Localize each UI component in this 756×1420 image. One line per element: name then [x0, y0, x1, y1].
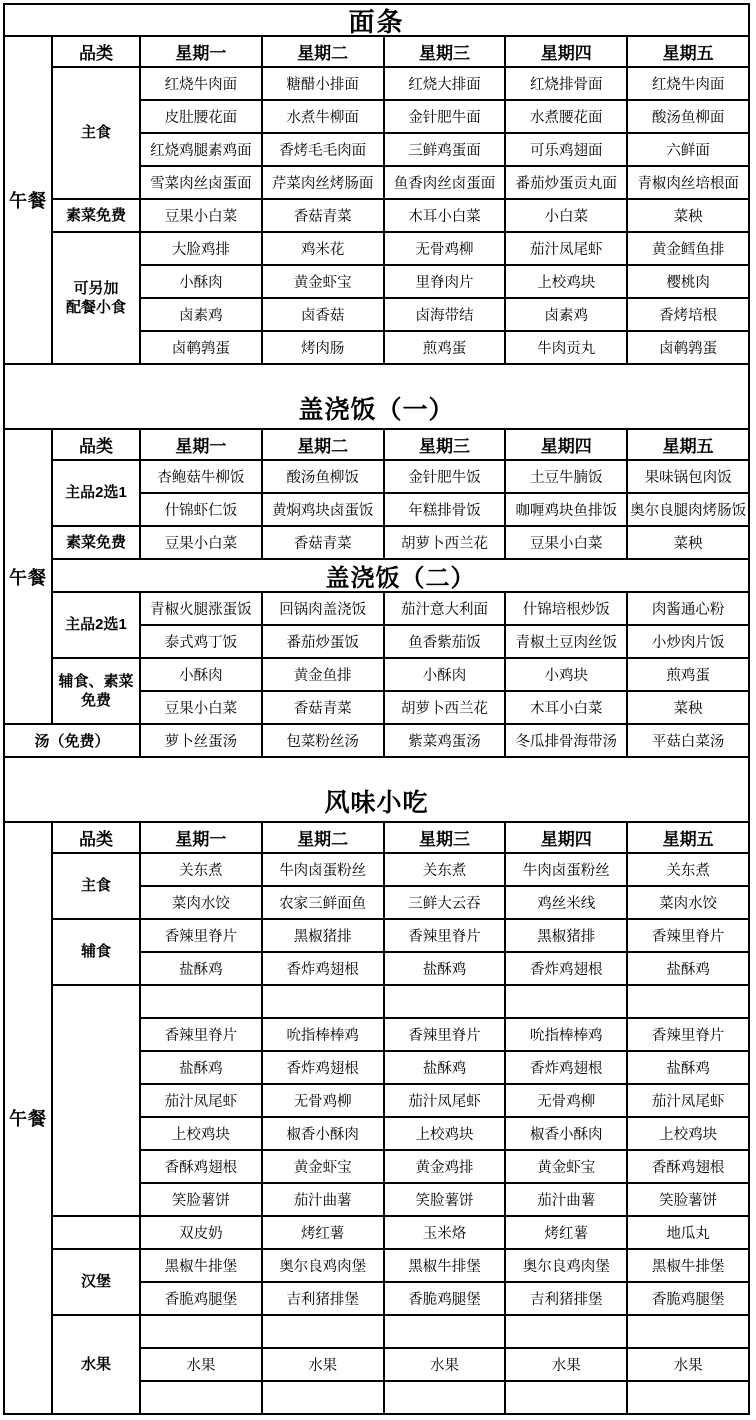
menu-item-cell: 黄金鱼排	[263, 659, 383, 690]
menu-item-cell: 烤肉肠	[263, 332, 383, 363]
menu-item-cell: 红烧牛肉面	[628, 68, 748, 99]
menu-item-cell: 无骨鸡柳	[506, 1085, 626, 1116]
menu-item-cell: 糖醋小排面	[263, 68, 383, 99]
menu-item-cell: 红烧牛肉面	[141, 68, 261, 99]
column-header: 星期四	[506, 430, 626, 459]
menu-item-cell: 吮指棒棒鸡	[263, 1019, 383, 1050]
menu-item-cell: 茄汁曲薯	[263, 1184, 383, 1215]
menu-item-cell	[141, 1382, 261, 1413]
column-header: 品类	[53, 823, 139, 852]
menu-item-cell: 卤素鸡	[141, 299, 261, 330]
column-header: 星期五	[628, 37, 748, 66]
menu-item-cell: 青椒土豆肉丝饭	[506, 626, 626, 657]
menu-item-cell: 回锅肉盖浇饭	[263, 593, 383, 624]
column-header: 星期二	[263, 823, 383, 852]
menu-item-cell: 卤鹌鹑蛋	[141, 332, 261, 363]
menu-item-cell: 红烧鸡腿素鸡面	[141, 134, 261, 165]
menu-item-cell: 水果	[141, 1349, 261, 1380]
menu-item-cell: 鱼香肉丝卤蛋面	[385, 167, 505, 198]
category-label: 主品2选1	[53, 461, 139, 525]
menu-item-cell: 茄汁凤尾虾	[628, 1085, 748, 1116]
menu-item-cell: 牛肉卤蛋粉丝	[506, 854, 626, 885]
menu-item-cell: 盐酥鸡	[141, 953, 261, 984]
menu-item-cell: 牛肉卤蛋粉丝	[263, 854, 383, 885]
category-label: 辅食	[53, 920, 139, 984]
menu-item-cell: 上校鸡块	[628, 1118, 748, 1149]
menu-item-cell: 香辣里脊片	[628, 920, 748, 951]
column-header: 星期二	[263, 37, 383, 66]
menu-item-cell: 豆果小白菜	[141, 527, 261, 558]
menu-item-cell	[628, 986, 748, 1017]
menu-item-cell: 香菇青菜	[263, 527, 383, 558]
menu-item-cell: 香脆鸡腿堡	[141, 1283, 261, 1314]
menu-item-cell: 香菇青菜	[263, 200, 383, 231]
menu-table-snacks: 午餐品类星期一星期二星期三星期四星期五主食关东煮牛肉卤蛋粉丝关东煮牛肉卤蛋粉丝关…	[3, 821, 750, 1415]
column-header: 星期五	[628, 823, 748, 852]
column-header: 星期一	[141, 430, 261, 459]
menu-item-cell: 里脊肉片	[385, 266, 505, 297]
menu-item-cell: 小酥肉	[141, 266, 261, 297]
menu-item-cell: 番茄炒蛋饭	[263, 626, 383, 657]
menu-item-cell: 木耳小白菜	[385, 200, 505, 231]
menu-item-cell: 皮肚腰花面	[141, 101, 261, 132]
menu-item-cell: 吉利猪排堡	[506, 1283, 626, 1314]
menu-item-cell: 香辣里脊片	[628, 1019, 748, 1050]
menu-item-cell: 香脆鸡腿堡	[628, 1283, 748, 1314]
category-label	[53, 1217, 139, 1248]
menu-item-cell: 香辣里脊片	[141, 1019, 261, 1050]
menu-item-cell: 椒香小酥肉	[263, 1118, 383, 1149]
meal-label: 午餐	[5, 430, 51, 723]
menu-item-cell: 黑椒牛排堡	[628, 1250, 748, 1281]
menu-item-cell: 小酥肉	[385, 659, 505, 690]
menu-item-cell: 茄汁意大利面	[385, 593, 505, 624]
menu-item-cell: 红烧排骨面	[506, 68, 626, 99]
menu-item-cell: 香辣里脊片	[385, 920, 505, 951]
menu-item-cell: 茄汁曲薯	[506, 1184, 626, 1215]
menu-item-cell: 果味锅包肉饭	[628, 461, 748, 492]
menu-item-cell: 茄汁凤尾虾	[385, 1085, 505, 1116]
menu-item-cell: 包菜粉丝汤	[263, 725, 383, 756]
menu-item-cell: 土豆牛腩饭	[506, 461, 626, 492]
menu-item-cell	[385, 1316, 505, 1347]
menu-item-cell: 水煮牛柳面	[263, 101, 383, 132]
section-title-noodles: 面条	[3, 3, 750, 37]
table-subtitle: 盖浇饭（二）	[53, 560, 748, 591]
menu-item-cell: 黄金虾宝	[506, 1151, 626, 1182]
menu-item-cell: 香酥鸡翅根	[628, 1151, 748, 1182]
column-header: 星期四	[506, 823, 626, 852]
menu-item-cell	[263, 986, 383, 1017]
menu-item-cell: 紫菜鸡蛋汤	[385, 725, 505, 756]
menu-item-cell: 香烤毛毛肉面	[263, 134, 383, 165]
menu-item-cell: 豆果小白菜	[141, 692, 261, 723]
section-title-snacks: 风味小吃	[3, 756, 750, 823]
menu-item-cell: 关东煮	[628, 854, 748, 885]
menu-item-cell: 金针肥牛饭	[385, 461, 505, 492]
menu-item-cell: 香烤培根	[628, 299, 748, 330]
menu-item-cell: 吉利猪排堡	[263, 1283, 383, 1314]
column-header: 星期三	[385, 430, 505, 459]
menu-item-cell: 茄汁凤尾虾	[141, 1085, 261, 1116]
menu-item-cell: 青椒肉丝培根面	[628, 167, 748, 198]
menu-item-cell: 香炸鸡翅根	[263, 1052, 383, 1083]
menu-item-cell	[385, 986, 505, 1017]
column-header: 星期五	[628, 430, 748, 459]
menu-item-cell: 盐酥鸡	[628, 1052, 748, 1083]
menu-item-cell: 黄金虾宝	[263, 266, 383, 297]
menu-item-cell: 水果	[263, 1349, 383, 1380]
menu-item-cell	[506, 1316, 626, 1347]
menu-item-cell: 杏鲍菇牛柳饭	[141, 461, 261, 492]
menu-item-cell: 盐酥鸡	[385, 1052, 505, 1083]
menu-item-cell: 笑脸薯饼	[141, 1184, 261, 1215]
menu-item-cell: 菜秧	[628, 200, 748, 231]
menu-item-cell: 上校鸡块	[141, 1118, 261, 1149]
column-header: 品类	[53, 430, 139, 459]
menu-item-cell: 卤素鸡	[506, 299, 626, 330]
soup-row-label: 汤（免费）	[5, 725, 139, 756]
weekly-menu-document: 面条 午餐品类星期一星期二星期三星期四星期五主食红烧牛肉面糖醋小排面红烧大排面红…	[0, 0, 750, 1418]
menu-item-cell: 煎鸡蛋	[385, 332, 505, 363]
menu-item-cell: 肉酱通心粉	[628, 593, 748, 624]
menu-item-cell: 卤海带结	[385, 299, 505, 330]
menu-item-cell: 香炸鸡翅根	[506, 953, 626, 984]
menu-item-cell: 农家三鲜面鱼	[263, 887, 383, 918]
menu-item-cell: 盐酥鸡	[141, 1052, 261, 1083]
menu-item-cell: 笑脸薯饼	[628, 1184, 748, 1215]
menu-item-cell: 煎鸡蛋	[628, 659, 748, 690]
menu-item-cell	[263, 1316, 383, 1347]
menu-item-cell: 菜秧	[628, 692, 748, 723]
menu-item-cell: 牛肉贡丸	[506, 332, 626, 363]
menu-item-cell: 金针肥牛面	[385, 101, 505, 132]
menu-table-noodles: 午餐品类星期一星期二星期三星期四星期五主食红烧牛肉面糖醋小排面红烧大排面红烧排骨…	[3, 35, 750, 365]
menu-item-cell: 冬瓜排骨海带汤	[506, 725, 626, 756]
menu-item-cell: 香菇青菜	[263, 692, 383, 723]
menu-item-cell: 香炸鸡翅根	[506, 1052, 626, 1083]
menu-item-cell: 豆果小白菜	[141, 200, 261, 231]
menu-item-cell: 酸汤鱼柳饭	[263, 461, 383, 492]
column-header: 星期四	[506, 37, 626, 66]
menu-item-cell: 豆果小白菜	[506, 527, 626, 558]
meal-label: 午餐	[5, 37, 51, 363]
category-label: 素菜免费	[53, 200, 139, 231]
menu-item-cell: 什锦培根炒饭	[506, 593, 626, 624]
menu-item-cell: 平菇白菜汤	[628, 725, 748, 756]
menu-item-cell: 鸡丝米线	[506, 887, 626, 918]
column-header: 星期二	[263, 430, 383, 459]
menu-item-cell	[628, 1316, 748, 1347]
menu-item-cell: 三鲜大云吞	[385, 887, 505, 918]
menu-item-cell: 卤香菇	[263, 299, 383, 330]
category-label	[53, 986, 139, 1215]
menu-item-cell: 鸡米花	[263, 233, 383, 264]
category-label: 主食	[53, 68, 139, 198]
menu-item-cell: 关东煮	[385, 854, 505, 885]
menu-item-cell: 樱桃肉	[628, 266, 748, 297]
menu-item-cell: 吮指棒棒鸡	[506, 1019, 626, 1050]
menu-item-cell: 盐酥鸡	[628, 953, 748, 984]
menu-item-cell: 番茄炒蛋贡丸面	[506, 167, 626, 198]
menu-item-cell: 六鲜面	[628, 134, 748, 165]
menu-item-cell: 酸汤鱼柳面	[628, 101, 748, 132]
menu-item-cell: 小白菜	[506, 200, 626, 231]
menu-item-cell: 无骨鸡柳	[385, 233, 505, 264]
menu-item-cell: 烤红薯	[506, 1217, 626, 1248]
menu-item-cell: 卤鹌鹑蛋	[628, 332, 748, 363]
menu-item-cell	[506, 986, 626, 1017]
menu-item-cell: 年糕排骨饭	[385, 494, 505, 525]
column-header: 星期一	[141, 823, 261, 852]
menu-item-cell	[506, 1382, 626, 1413]
menu-item-cell: 椒香小酥肉	[506, 1118, 626, 1149]
menu-item-cell	[141, 986, 261, 1017]
menu-item-cell	[628, 1382, 748, 1413]
menu-item-cell: 水果	[385, 1349, 505, 1380]
menu-item-cell: 萝卜丝蛋汤	[141, 725, 261, 756]
column-header: 品类	[53, 37, 139, 66]
menu-item-cell: 水煮腰花面	[506, 101, 626, 132]
menu-item-cell: 奥尔良腿肉烤肠饭	[628, 494, 748, 525]
column-header: 星期一	[141, 37, 261, 66]
menu-item-cell: 菜肉水饺	[141, 887, 261, 918]
category-label: 主食	[53, 854, 139, 918]
column-header: 星期三	[385, 823, 505, 852]
menu-item-cell: 黑椒猪排	[506, 920, 626, 951]
menu-item-cell	[141, 1316, 261, 1347]
menu-item-cell: 青椒火腿涨蛋饭	[141, 593, 261, 624]
menu-table-rice: 午餐品类星期一星期二星期三星期四星期五主品2选1杏鲍菇牛柳饭酸汤鱼柳饭金针肥牛饭…	[3, 428, 750, 758]
menu-item-cell: 香炸鸡翅根	[263, 953, 383, 984]
menu-item-cell: 胡萝卜西兰花	[385, 692, 505, 723]
menu-item-cell: 香脆鸡腿堡	[385, 1283, 505, 1314]
menu-item-cell: 奥尔良鸡肉堡	[263, 1250, 383, 1281]
menu-item-cell: 香辣里脊片	[141, 920, 261, 951]
menu-item-cell: 香酥鸡翅根	[141, 1151, 261, 1182]
category-label: 水果	[53, 1316, 139, 1413]
section-title-rice-1: 盖浇饭（一）	[3, 363, 750, 430]
menu-item-cell: 泰式鸡丁饭	[141, 626, 261, 657]
category-label: 汉堡	[53, 1250, 139, 1314]
menu-item-cell: 鱼香紫茄饭	[385, 626, 505, 657]
menu-item-cell: 双皮奶	[141, 1217, 261, 1248]
menu-item-cell: 水果	[506, 1349, 626, 1380]
menu-item-cell: 小酥肉	[141, 659, 261, 690]
menu-item-cell: 水果	[628, 1349, 748, 1380]
menu-item-cell: 胡萝卜西兰花	[385, 527, 505, 558]
menu-item-cell: 黄金鳕鱼排	[628, 233, 748, 264]
category-label: 素菜免费	[53, 527, 139, 558]
menu-item-cell: 茄汁凤尾虾	[506, 233, 626, 264]
menu-item-cell: 黄金鸡排	[385, 1151, 505, 1182]
menu-item-cell	[263, 1382, 383, 1413]
menu-item-cell: 上校鸡块	[385, 1118, 505, 1149]
menu-item-cell: 小鸡块	[506, 659, 626, 690]
category-label: 主品2选1	[53, 593, 139, 657]
menu-item-cell: 菜秧	[628, 527, 748, 558]
menu-item-cell: 香辣里脊片	[385, 1019, 505, 1050]
menu-item-cell: 黑椒猪排	[263, 920, 383, 951]
menu-item-cell: 大脸鸡排	[141, 233, 261, 264]
menu-item-cell: 烤红薯	[263, 1217, 383, 1248]
menu-item-cell: 黑椒牛排堡	[385, 1250, 505, 1281]
menu-item-cell: 笑脸薯饼	[385, 1184, 505, 1215]
meal-label: 午餐	[5, 823, 51, 1413]
menu-item-cell: 地瓜丸	[628, 1217, 748, 1248]
menu-item-cell: 可乐鸡翅面	[506, 134, 626, 165]
menu-item-cell	[385, 1382, 505, 1413]
menu-item-cell: 黄金虾宝	[263, 1151, 383, 1182]
menu-item-cell: 红烧大排面	[385, 68, 505, 99]
menu-item-cell: 木耳小白菜	[506, 692, 626, 723]
menu-item-cell: 奥尔良鸡肉堡	[506, 1250, 626, 1281]
menu-item-cell: 上校鸡块	[506, 266, 626, 297]
menu-item-cell: 三鲜鸡蛋面	[385, 134, 505, 165]
menu-item-cell: 芹菜肉丝烤肠面	[263, 167, 383, 198]
menu-item-cell: 菜肉水饺	[628, 887, 748, 918]
category-label: 辅食、素菜 免费	[53, 659, 139, 723]
menu-item-cell: 关东煮	[141, 854, 261, 885]
column-header: 星期三	[385, 37, 505, 66]
category-label: 可另加 配餐小食	[53, 233, 139, 363]
menu-item-cell: 雪菜肉丝卤蛋面	[141, 167, 261, 198]
menu-item-cell: 什锦虾仁饭	[141, 494, 261, 525]
menu-item-cell: 黄焖鸡块卤蛋饭	[263, 494, 383, 525]
menu-item-cell: 玉米烙	[385, 1217, 505, 1248]
menu-item-cell: 无骨鸡柳	[263, 1085, 383, 1116]
menu-item-cell: 黑椒牛排堡	[141, 1250, 261, 1281]
menu-item-cell: 小炒肉片饭	[628, 626, 748, 657]
menu-item-cell: 咖喱鸡块鱼排饭	[506, 494, 626, 525]
menu-item-cell: 盐酥鸡	[385, 953, 505, 984]
